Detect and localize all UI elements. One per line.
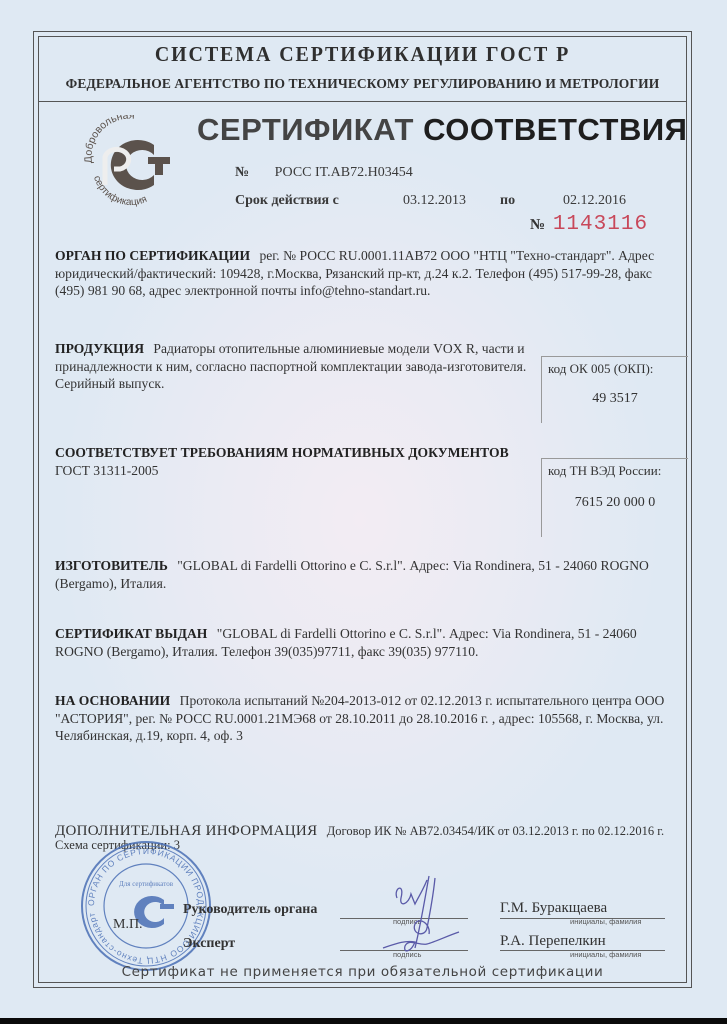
valid-from-date: 03.12.2013 bbox=[403, 193, 466, 209]
section-product: ПРОДУКЦИЯ Радиаторы отопительные алюмини… bbox=[55, 340, 535, 393]
validity-period: Срок действия с 03.12.2013 по 02.12.2016 bbox=[235, 193, 339, 209]
section-label: ПРОДУКЦИЯ bbox=[55, 341, 144, 356]
certificate-title: СЕРТИФИКАТ СООТВЕТСТВИЯ bbox=[197, 112, 687, 148]
section-label: ДОПОЛНИТЕЛЬНАЯ ИНФОРМАЦИЯ bbox=[55, 823, 317, 839]
section-text: ГОСТ 31311-2005 bbox=[55, 462, 535, 480]
tnved-code-value: 7615 20 000 0 bbox=[542, 495, 688, 511]
certificate-number: РОСС IT.AB72.H03454 bbox=[275, 165, 413, 180]
rst-voluntary-certification-logo-icon: Добровольная сертификация bbox=[80, 115, 180, 211]
certificate-title-part2: СООТВЕТСТВИЯ bbox=[423, 112, 687, 147]
valid-to-label: по bbox=[500, 193, 515, 209]
expert-name: Р.А. Перепелкин bbox=[500, 933, 606, 950]
section-certification-body: ОРГАН ПО СЕРТИФИКАЦИИ рег. № РОСС RU.000… bbox=[55, 247, 680, 300]
tnved-code-caption: код ТН ВЭД России: bbox=[542, 459, 688, 479]
section-label: ОРГАН ПО СЕРТИФИКАЦИИ bbox=[55, 248, 250, 263]
okp-code-value: 49 3517 bbox=[542, 391, 688, 407]
blank-serial-number: № 1143116 bbox=[530, 213, 648, 236]
section-manufacturer: ИЗГОТОВИТЕЛЬ "GLOBAL di Fardelli Ottorin… bbox=[55, 557, 680, 592]
disclaimer-text: Сертификат не применяется при обязательн… bbox=[38, 964, 687, 980]
number-sign: № bbox=[235, 165, 249, 180]
name-caption: инициалы, фамилия bbox=[570, 950, 641, 959]
section-basis: НА ОСНОВАНИИ Протокола испытаний №204-20… bbox=[55, 692, 683, 745]
certificate-title-part1: СЕРТИФИКАТ bbox=[197, 112, 414, 147]
head-name: Г.М. Буракщаева bbox=[500, 900, 607, 917]
certificate-number-line: № РОСС IT.AB72.H03454 bbox=[235, 165, 413, 181]
section-label: СЕРТИФИКАТ ВЫДАН bbox=[55, 626, 207, 641]
seal-place-label: М.П. bbox=[113, 917, 143, 933]
head-of-body-label: Руководитель органа bbox=[183, 902, 317, 918]
header-divider bbox=[38, 101, 687, 102]
stamp-inner-text: Для сертификатов bbox=[119, 880, 174, 888]
name-caption: инициалы, фамилия bbox=[570, 917, 641, 926]
handwritten-signature-icon bbox=[375, 868, 475, 978]
expert-label: Эксперт bbox=[183, 936, 235, 952]
section-label: СООТВЕТСТВУЕТ ТРЕБОВАНИЯМ НОРМАТИВНЫХ ДО… bbox=[55, 444, 529, 462]
blank-number-value: 1143116 bbox=[553, 213, 648, 236]
section-label: ИЗГОТОВИТЕЛЬ bbox=[55, 558, 168, 573]
section-issued-to: СЕРТИФИКАТ ВЫДАН "GLOBAL di Fardelli Ott… bbox=[55, 625, 680, 660]
valid-to-date: 02.12.2016 bbox=[563, 193, 626, 209]
scan-bottom-edge bbox=[0, 1018, 727, 1024]
agency-title: ФЕДЕРАЛЬНОЕ АГЕНТСТВО ПО ТЕХНИЧЕСКОМУ РЕ… bbox=[38, 76, 687, 92]
section-label: НА ОСНОВАНИИ bbox=[55, 693, 170, 708]
blank-number-sign: № bbox=[530, 217, 545, 233]
contract-text: Договор ИК № АВ72.03454/ИК от 03.12.2013… bbox=[327, 824, 664, 838]
okp-code-caption: код ОК 005 (ОКП): bbox=[542, 357, 688, 377]
okp-code-box: код ОК 005 (ОКП): 49 3517 bbox=[541, 356, 688, 423]
system-title: СИСТЕМА СЕРТИФИКАЦИИ ГОСТ Р bbox=[54, 42, 671, 67]
section-normative-documents: СООТВЕТСТВУЕТ ТРЕБОВАНИЯМ НОРМАТИВНЫХ ДО… bbox=[55, 444, 535, 479]
tnved-code-box: код ТН ВЭД России: 7615 20 000 0 bbox=[541, 458, 688, 537]
validity-label: Срок действия с bbox=[235, 193, 339, 208]
